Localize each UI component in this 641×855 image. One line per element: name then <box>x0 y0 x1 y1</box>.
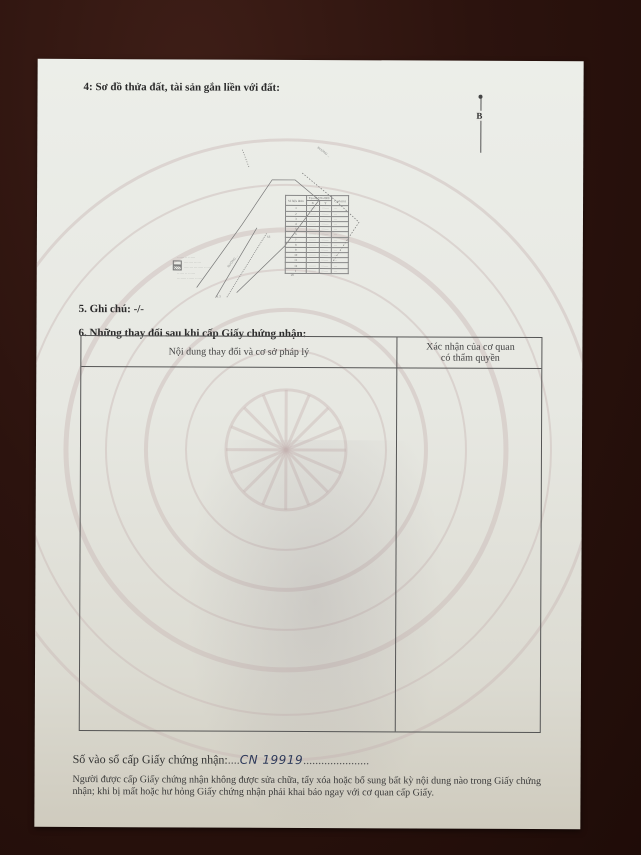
edge-length: ··· <box>332 268 348 273</box>
registry-dots-after: ...................... <box>303 753 369 767</box>
notice-text: Người được cấp Giấy chứng nhận không đượ… <box>72 774 542 800</box>
registry-number-line: Số vào sổ cấp Giấy chứng nhận:....CN 199… <box>73 752 370 768</box>
changes-col-content-header: Nội dung thay đổi và cơ sở pháp lý <box>81 336 396 367</box>
changes-table: Nội dung thay đổi và cơ sở pháp lý Xác n… <box>79 335 543 733</box>
coord-header-length: Cạnh (m) <box>332 196 348 206</box>
certificate-page: 4: Sơ đồ thửa đất, tài sản gắn liền với … <box>34 59 583 829</box>
north-arrow-label: B <box>476 111 482 121</box>
point-id: 1 <box>285 268 306 273</box>
coord-y: ······· <box>319 268 332 273</box>
svg-text:ĐƯỜNG ...: ĐƯỜNG ... <box>317 145 332 158</box>
registry-number: CN 19919 <box>240 753 303 767</box>
registry-dots-before: .... <box>228 753 240 767</box>
coord-header-point: Số hiệu điểm <box>286 195 307 205</box>
coord-header-coords: Tọa độ VN-2000 <box>306 195 331 200</box>
coord-x: ······· <box>306 268 319 273</box>
confirmation-header-line2: có thẩm quyền <box>441 353 500 364</box>
coordinate-table: Số hiệu điểm Tọa độ VN-2000 Cạnh (m) X Y… <box>285 195 349 274</box>
confirmation-header-line1: Xác nhận của cơ quan <box>426 342 515 353</box>
section-5-heading: 5. Ghi chú: -/- <box>79 303 144 315</box>
plot-legend: ······ ·· ······ ········ ······ ·······… <box>173 255 212 281</box>
coordinate-row: 1················· <box>285 268 348 273</box>
changes-col-confirmation-header: Xác nhận của cơ quan có thẩm quyền <box>397 337 543 368</box>
registry-label: Số vào sổ cấp Giấy chứng nhận: <box>73 752 228 767</box>
north-arrow-icon: B <box>474 95 488 155</box>
section-4-heading: 4: Sơ đồ thửa đất, tài sản gắn liền với … <box>84 81 280 94</box>
svg-text:ĐƯỜNG ...: ĐƯỜNG ... <box>226 253 239 268</box>
svg-text:53: 53 <box>267 235 271 239</box>
svg-text:4.3: 4.3 <box>217 295 222 299</box>
